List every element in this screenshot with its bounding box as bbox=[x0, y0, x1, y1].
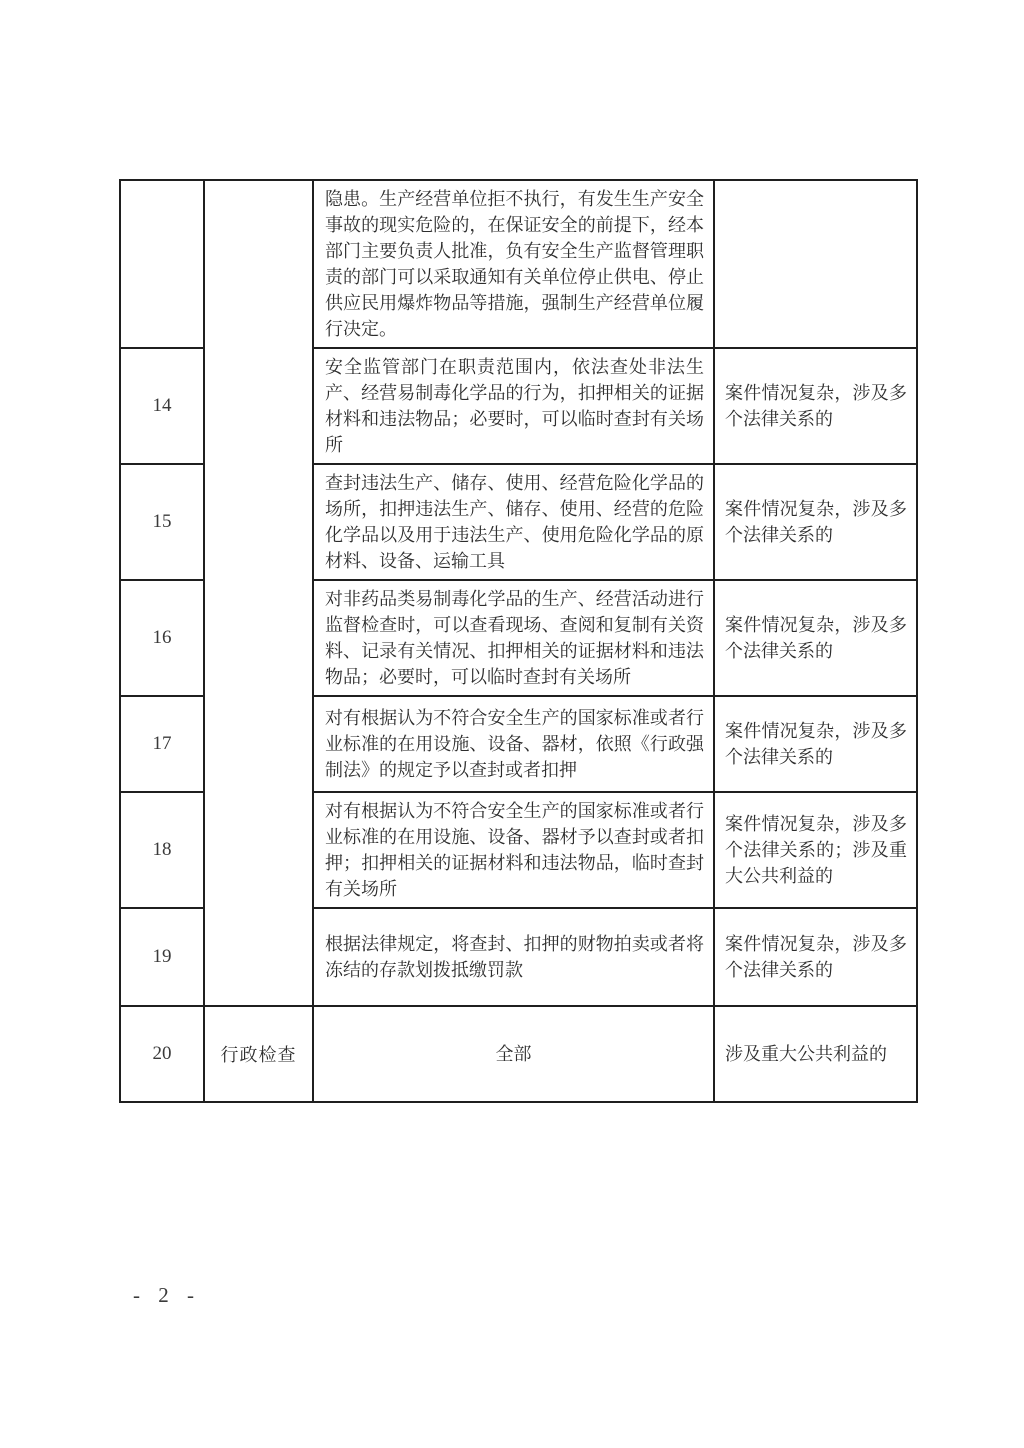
remark-cell bbox=[714, 180, 917, 348]
table-row: 20 行政检查 全部 涉及重大公共利益的 bbox=[120, 1006, 917, 1102]
remark-cell: 案件情况复杂，涉及多个法律关系的 bbox=[714, 464, 917, 580]
content-cell: 安全监管部门在职责范围内，依法查处非法生产、经营易制毒化学品的行为，扣押相关的证… bbox=[313, 348, 714, 464]
remark-cell: 案件情况复杂，涉及多个法律关系的 bbox=[714, 580, 917, 696]
row-number-cell: 20 bbox=[120, 1006, 204, 1102]
category-merged-cell bbox=[204, 180, 313, 1006]
row-number-cell: 16 bbox=[120, 580, 204, 696]
remark-cell: 案件情况复杂，涉及多个法律关系的 bbox=[714, 348, 917, 464]
document-page: 隐患。生产经营单位拒不执行，有发生生产安全事故的现实危险的，在保证安全的前提下，… bbox=[0, 0, 1024, 1448]
content-cell: 对有根据认为不符合安全生产的国家标准或者行业标准的在用设施、设备、器材，依照《行… bbox=[313, 696, 714, 792]
table-row-13-continuation: 隐患。生产经营单位拒不执行，有发生生产安全事故的现实危险的，在保证安全的前提下，… bbox=[120, 180, 917, 348]
content-cell: 对有根据认为不符合安全生产的国家标准或者行业标准的在用设施、设备、器材予以查封或… bbox=[313, 792, 714, 908]
enforcement-items-table: 隐患。生产经营单位拒不执行，有发生生产安全事故的现实危险的，在保证安全的前提下，… bbox=[119, 179, 918, 1103]
row-number-cell bbox=[120, 180, 204, 348]
content-cell: 隐患。生产经营单位拒不执行，有发生生产安全事故的现实危险的，在保证安全的前提下，… bbox=[313, 180, 714, 348]
row-number-cell: 15 bbox=[120, 464, 204, 580]
content-cell: 全部 bbox=[313, 1006, 714, 1102]
page-number: - 2 - bbox=[133, 1283, 198, 1308]
remark-cell: 涉及重大公共利益的 bbox=[714, 1006, 917, 1102]
remark-cell: 案件情况复杂，涉及多个法律关系的 bbox=[714, 908, 917, 1006]
row-number-cell: 19 bbox=[120, 908, 204, 1006]
row-number-cell: 17 bbox=[120, 696, 204, 792]
category-cell: 行政检查 bbox=[204, 1006, 313, 1102]
content-cell: 根据法律规定，将查封、扣押的财物拍卖或者将冻结的存款划拨抵缴罚款 bbox=[313, 908, 714, 1006]
row-number-cell: 18 bbox=[120, 792, 204, 908]
row-number-cell: 14 bbox=[120, 348, 204, 464]
content-cell: 对非药品类易制毒化学品的生产、经营活动进行监督检查时，可以查看现场、查阅和复制有… bbox=[313, 580, 714, 696]
remark-cell: 案件情况复杂，涉及多个法律关系的 bbox=[714, 696, 917, 792]
remark-cell: 案件情况复杂，涉及多个法律关系的；涉及重大公共利益的 bbox=[714, 792, 917, 908]
content-cell: 查封违法生产、储存、使用、经营危险化学品的场所，扣押违法生产、储存、使用、经营的… bbox=[313, 464, 714, 580]
